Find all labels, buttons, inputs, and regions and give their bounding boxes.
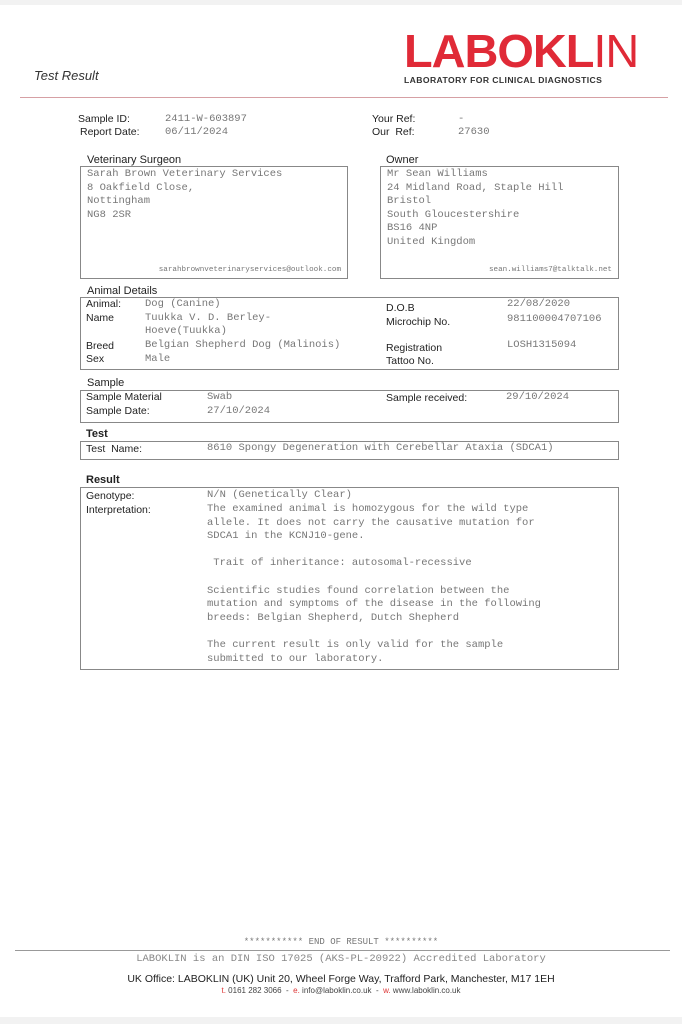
text-line: Scientific studies found correlation bet…: [207, 585, 541, 599]
text-line: submitted to our laboratory.: [207, 653, 541, 667]
name-label: Name: [86, 312, 114, 324]
sex-value: Male: [145, 353, 170, 365]
text-line: [207, 544, 541, 558]
vet-box: Sarah Brown Veterinary Services8 Oakfiel…: [80, 166, 348, 279]
report-page: Test Result LABOKLIN LABORATORY FOR CLIN…: [0, 5, 682, 1017]
end-of-result: *********** END OF RESULT **********: [0, 937, 682, 947]
test-name-value: 8610 Spongy Degeneration with Cerebellar…: [207, 442, 554, 454]
office-address: UK Office: LABOKLIN (UK) Unit 20, Wheel …: [0, 973, 682, 985]
text-line: breeds: Belgian Shepherd, Dutch Shepherd: [207, 612, 541, 626]
text-line: 24 Midland Road, Staple Hill: [387, 182, 563, 196]
tattoo-label: Tattoo No.: [386, 355, 434, 367]
report-date-label: Report Date:: [80, 126, 140, 138]
text-line: BS16 4NP: [387, 222, 563, 236]
text-line: Bristol: [387, 195, 563, 209]
laboklin-logo: LABOKLIN LABORATORY FOR CLINICAL DIAGNOS…: [404, 29, 649, 85]
sample-received-value: 29/10/2024: [506, 391, 569, 403]
microchip-label: Microchip No.: [386, 316, 450, 328]
interpretation-text: The examined animal is homozygous for th…: [207, 503, 541, 666]
owner-section-title: Owner: [386, 154, 418, 166]
text-line: Nottingham: [87, 195, 282, 209]
vet-section-title: Veterinary Surgeon: [87, 154, 181, 166]
text-line: Trait of inheritance: autosomal-recessiv…: [207, 557, 541, 571]
sample-material-label: Sample Material: [86, 391, 162, 403]
animal-label: Animal:: [86, 298, 121, 310]
email-link[interactable]: info@laboklin.co.uk: [302, 986, 372, 995]
text-line: United Kingdom: [387, 236, 563, 250]
sex-label: Sex: [86, 353, 104, 365]
animal-value: Dog (Canine): [145, 298, 221, 310]
name-value-line1: Tuukka V. D. Berley-: [145, 312, 271, 324]
vet-email: sarahbrownveterinaryservices@outlook.com: [159, 266, 341, 274]
owner-box: Mr Sean Williams24 Midland Road, Staple …: [380, 166, 619, 279]
text-line: Sarah Brown Veterinary Services: [87, 168, 282, 182]
header-divider: [20, 97, 668, 98]
sample-section-title: Sample: [87, 377, 124, 389]
registration-label: Registration: [386, 342, 442, 354]
logo-text-bold: LABOKL: [404, 25, 593, 77]
sample-id-label: Sample ID:: [78, 113, 130, 125]
text-line: Mr Sean Williams: [387, 168, 563, 182]
logo-text-thin: IN: [593, 25, 638, 77]
microchip-value: 981100004707106: [507, 313, 602, 325]
dob-label: D.O.B: [386, 302, 415, 314]
breed-value: Belgian Shepherd Dog (Malinois): [145, 339, 340, 351]
your-ref-label: Your Ref:: [372, 113, 415, 125]
sample-id-value: 2411-W-603897: [165, 113, 247, 125]
result-section-title: Result: [86, 474, 120, 486]
our-ref-value: 27630: [458, 126, 490, 138]
test-section-title: Test: [86, 428, 108, 440]
registration-value: LOSH1315094: [507, 339, 576, 351]
contact-line: t. 0161 282 3066 - e. info@laboklin.co.u…: [0, 986, 682, 995]
text-line: NG8 2SR: [87, 209, 282, 223]
our-ref-label: Our Ref:: [372, 126, 415, 138]
text-line: [207, 571, 541, 585]
sample-date-value: 27/10/2024: [207, 405, 270, 417]
animal-section-title: Animal Details: [87, 285, 157, 297]
text-line: [207, 625, 541, 639]
genotype-label: Genotype:: [86, 490, 134, 502]
sample-received-label: Sample received:: [386, 392, 467, 404]
sample-material-value: Swab: [207, 391, 232, 403]
website-link[interactable]: www.laboklin.co.uk: [393, 986, 461, 995]
text-line: The examined animal is homozygous for th…: [207, 503, 541, 517]
test-name-label: Test Name:: [86, 443, 142, 455]
your-ref-value: -: [458, 113, 464, 125]
text-line: 8 Oakfield Close,: [87, 182, 282, 196]
document-title: Test Result: [34, 68, 99, 83]
vet-address: Sarah Brown Veterinary Services8 Oakfiel…: [87, 168, 282, 222]
text-line: SDCA1 in the KCNJ10-gene.: [207, 530, 541, 544]
interpretation-label: Interpretation:: [86, 504, 151, 516]
accreditation-statement: LABOKLIN is an DIN ISO 17025 (AKS-PL-209…: [0, 953, 682, 965]
text-line: South Gloucestershire: [387, 209, 563, 223]
phone-number: 0161 282 3066: [228, 986, 281, 995]
name-value-line2: Hoeve(Tuukka): [145, 325, 227, 337]
text-line: The current result is only valid for the…: [207, 639, 541, 653]
sample-date-label: Sample Date:: [86, 405, 150, 417]
text-line: allele. It does not carry the causative …: [207, 517, 541, 531]
report-date-value: 06/11/2024: [165, 126, 228, 138]
owner-address: Mr Sean Williams24 Midland Road, Staple …: [387, 168, 563, 250]
footer-divider: [15, 950, 670, 951]
breed-label: Breed: [86, 340, 114, 352]
dob-value: 22/08/2020: [507, 298, 570, 310]
genotype-value: N/N (Genetically Clear): [207, 489, 352, 501]
text-line: mutation and symptoms of the disease in …: [207, 598, 541, 612]
owner-email: sean.williams7@talktalk.net: [489, 266, 612, 274]
